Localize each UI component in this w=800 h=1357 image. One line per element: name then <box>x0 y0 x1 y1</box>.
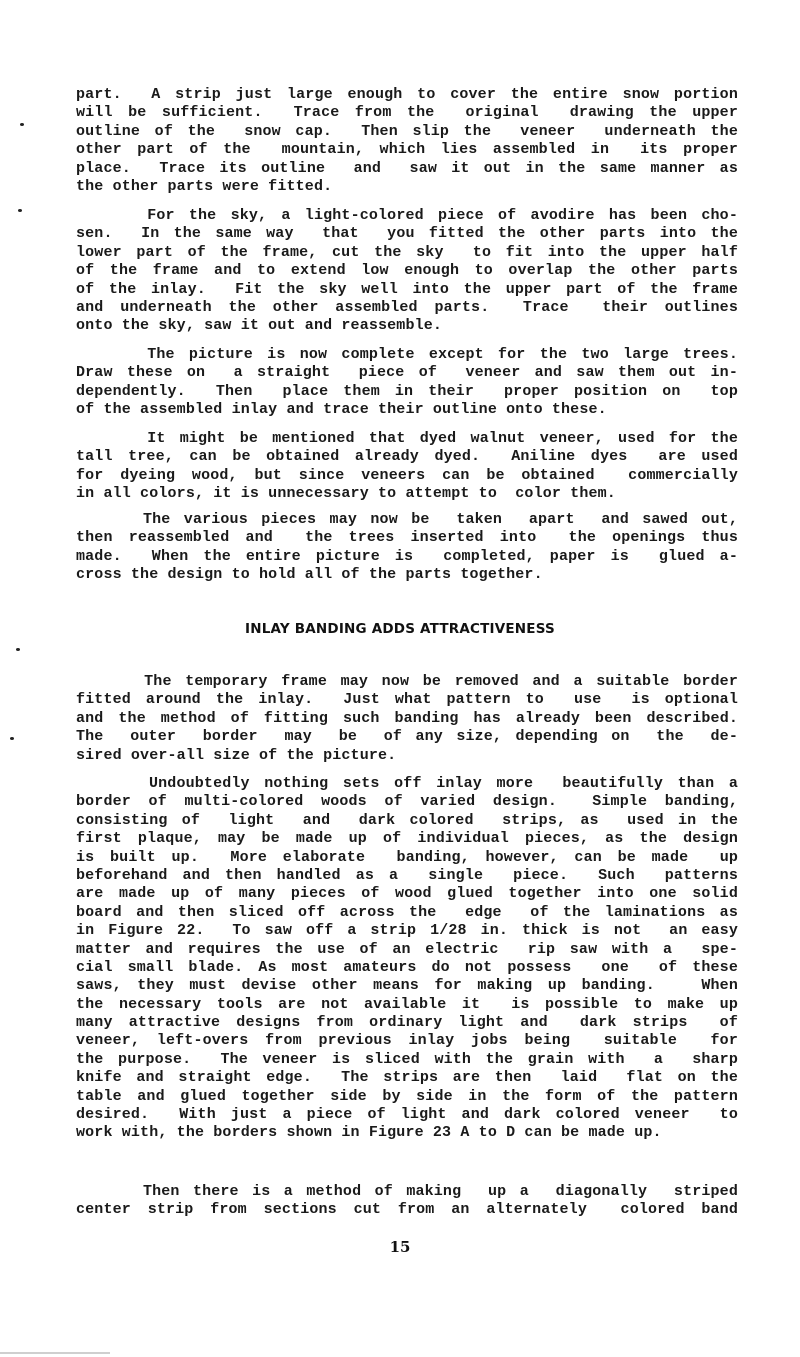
text-line: It might be mentioned that dyed walnut v… <box>76 430 738 448</box>
text-line: in Figure 22. To saw off a strip 1/28 in… <box>76 922 738 940</box>
paragraph-diagonal-strip: Then there is a method of making up a di… <box>76 1183 738 1220</box>
text-line: made. When the entire picture is complet… <box>76 548 738 566</box>
text-line: part. A strip just large enough to cover… <box>76 86 738 104</box>
text-line: desired. With just a piece of light and … <box>76 1106 738 1124</box>
margin-mark <box>16 648 20 651</box>
text-line: The temporary frame may now be removed a… <box>76 673 738 691</box>
text-line: place. Trace its outline and saw it out … <box>76 160 738 178</box>
section-heading: INLAY BANDING ADDS ATTRACTIVENESS <box>0 621 800 637</box>
paragraph-trees: The picture is now complete except for t… <box>76 346 738 420</box>
document-page: part. A strip just large enough to cover… <box>0 0 800 1357</box>
text-line: other part of the mountain, which lies a… <box>76 141 738 159</box>
scan-artifact <box>0 1352 110 1354</box>
text-line: outline of the snow cap. Then slip the v… <box>76 123 738 141</box>
text-line: is built up. More elaborate banding, how… <box>76 849 738 867</box>
text-line: will be sufficient. Trace from the origi… <box>76 104 738 122</box>
text-line: cross the design to hold all of the part… <box>76 566 738 584</box>
text-line: of the assembled inlay and trace their o… <box>76 401 738 419</box>
text-line: and underneath the other assembled parts… <box>76 299 738 317</box>
paragraph-temporary-frame: The temporary frame may now be removed a… <box>76 673 738 765</box>
text-line: The various pieces may now be taken apar… <box>76 511 738 529</box>
paragraph-reassemble: The various pieces may now be taken apar… <box>76 511 738 585</box>
text-line: sen. In the same way that you fitted the… <box>76 225 738 243</box>
text-line: board and then sliced off across the edg… <box>76 904 738 922</box>
text-line: table and glued together side by side in… <box>76 1088 738 1106</box>
text-line: of the frame and to extend low enough to… <box>76 262 738 280</box>
paragraph-sky: For the sky, a light-colored piece of av… <box>76 207 738 336</box>
text-line: cial small blade. As most amateurs do no… <box>76 959 738 977</box>
text-line: onto the sky, saw it out and reassemble. <box>76 317 738 335</box>
paragraph-multi-colored-border: Undoubtedly nothing sets off inlay more … <box>76 775 738 1143</box>
text-line: The picture is now complete except for t… <box>76 346 738 364</box>
margin-mark <box>20 123 24 126</box>
text-line: consisting of light and dark colored str… <box>76 812 738 830</box>
text-line: then reassembled and the trees inserted … <box>76 529 738 547</box>
text-line: For the sky, a light-colored piece of av… <box>76 207 738 225</box>
text-line: Draw these on a straight piece of veneer… <box>76 364 738 382</box>
text-line: beforehand and then handled as a single … <box>76 867 738 885</box>
text-line: matter and requires the use of an electr… <box>76 941 738 959</box>
paragraph-dyed-walnut: It might be mentioned that dyed walnut v… <box>76 430 738 504</box>
text-line: fitted around the inlay. Just what patte… <box>76 691 738 709</box>
text-line: The outer border may be of any size, dep… <box>76 728 738 746</box>
text-line: knife and straight edge. The strips are … <box>76 1069 738 1087</box>
text-line: Undoubtedly nothing sets off inlay more … <box>76 775 738 793</box>
text-line: the purpose. The veneer is sliced with t… <box>76 1051 738 1069</box>
text-line: lower part of the frame, cut the sky to … <box>76 244 738 262</box>
text-line: sired over-all size of the picture. <box>76 747 738 765</box>
text-line: tall tree, can be obtained already dyed.… <box>76 448 738 466</box>
text-line: center strip from sections cut from an a… <box>76 1201 738 1219</box>
page-number: 15 <box>0 1238 800 1256</box>
text-line: dependently. Then place them in their pr… <box>76 383 738 401</box>
text-line: of the inlay. Fit the sky well into the … <box>76 281 738 299</box>
text-line: the necessary tools are not available it… <box>76 996 738 1014</box>
text-line: many attractive designs from ordinary li… <box>76 1014 738 1032</box>
text-line: the other parts were fitted. <box>76 178 738 196</box>
text-line: Then there is a method of making up a di… <box>76 1183 738 1201</box>
text-line: border of multi-colored woods of varied … <box>76 793 738 811</box>
paragraph-snow-cap: part. A strip just large enough to cover… <box>76 86 738 196</box>
text-line: for dyeing wood, but since veneers can b… <box>76 467 738 485</box>
margin-mark <box>18 209 22 212</box>
text-line: are made up of many pieces of wood glued… <box>76 885 738 903</box>
margin-mark <box>10 737 14 740</box>
text-line: saws, they must devise other means for m… <box>76 977 738 995</box>
text-line: work with, the borders shown in Figure 2… <box>76 1124 738 1142</box>
text-line: veneer, left-overs from previous inlay j… <box>76 1032 738 1050</box>
text-line: in all colors, it is unnecessary to atte… <box>76 485 738 503</box>
text-line: first plaque, may be made up of individu… <box>76 830 738 848</box>
text-line: and the method of fitting such banding h… <box>76 710 738 728</box>
